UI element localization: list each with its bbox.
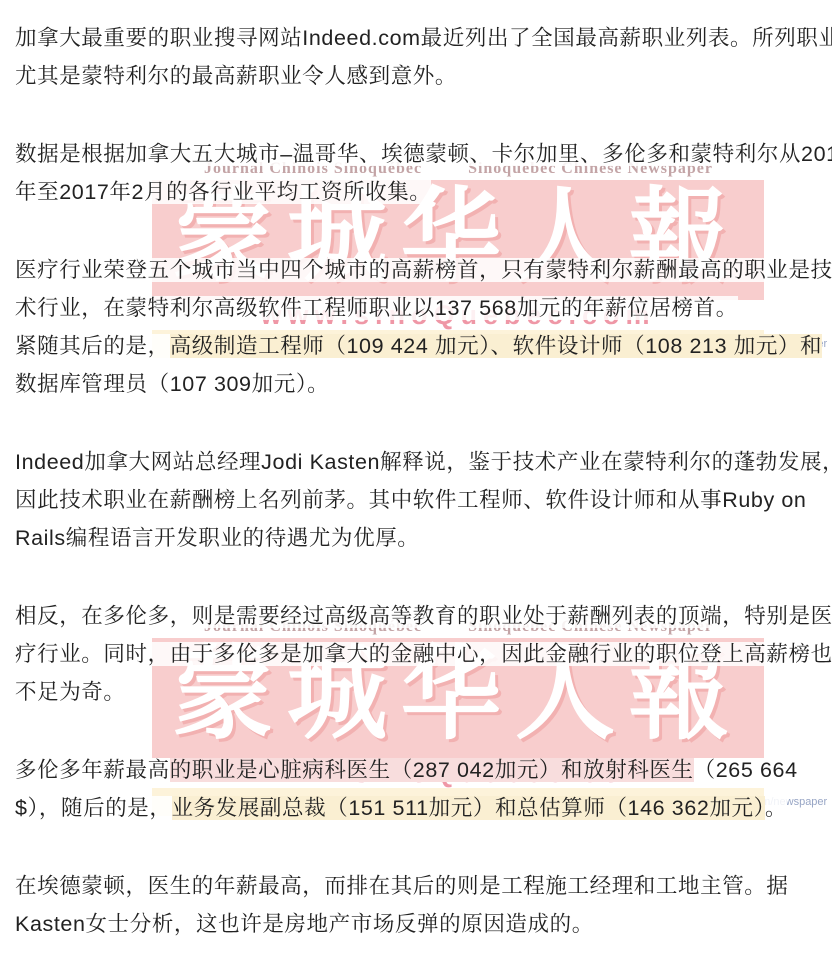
text-segment: （265 664 [694,758,798,782]
text-line: 疗行业。同时，由于多伦多是加拿大的金融中心，因此金融行业的职位登上高薪榜也 [15,635,817,673]
text-line: 年至2017年2月的各行业平均工资所收集。 [15,173,817,211]
text-segment: 的职业是心脏病科医生（287 042加元）和放射科医生 [170,758,694,782]
text-line: 多伦多年薪最高的职业是心脏病科医生（287 042加元）和放射科医生（265 6… [15,751,817,789]
text-line: Indeed加拿大网站总经理Jodi Kasten解释说，鉴于技术产业在蒙特利尔… [15,443,817,481]
paragraph-2: 数据是根据加拿大五大城市–温哥华、埃德蒙顿、卡尔加里、多伦多和蒙特利尔从2015… [15,135,817,211]
paragraph-1: 加拿大最重要的职业搜寻网站Indeed.com最近列出了全国最高薪职业列表。所列… [15,19,817,95]
text-segment: 年至2017年2月的各行业平均工资所收集。 [15,180,431,204]
paragraph-5: 相反，在多伦多，则是需要经过高级高等教育的职业处于薪酬列表的顶端，特别是医疗行业… [15,597,817,711]
text-segment: 数据库管理员（107 309加元）。 [15,372,329,396]
text-segment: 疗行业。同时，由于多伦多是加拿大的金融中心，因此金融行业的职位登上高薪榜也 [15,642,832,666]
text-segment: $），随后的是， [15,796,172,820]
text-segment: 因此技术职业在薪酬榜上名列前茅。其中软件工程师、软件设计师和从事Ruby on [15,488,806,512]
text-segment: Rails编程语言开发职业的待遇尤为优厚。 [15,526,419,550]
article-page: Journal Chinois Sinoquébec Sinoquebec Ch… [0,0,832,968]
paragraph-6: 多伦多年薪最高的职业是心脏病科医生（287 042加元）和放射科医生（265 6… [15,751,817,827]
text-line: 术行业，在蒙特利尔高级软件工程师职业以137 568加元的年薪位居榜首。 [15,289,817,327]
text-line: $），随后的是，业务发展副总裁（151 511加元）和总估算师（146 362加… [15,789,817,827]
paragraph-4: Indeed加拿大网站总经理Jodi Kasten解释说，鉴于技术产业在蒙特利尔… [15,443,817,557]
text-line: Kasten女士分析，这也许是房地产市场反弹的原因造成的。 [15,905,817,943]
text-segment: 紧随其后的是， [15,334,170,358]
text-segment: 数据是根据加拿大五大城市–温哥华、埃德蒙顿、卡尔加里、多伦多和蒙特利尔从2015 [15,142,832,166]
text-segment: 相反，在多伦多，则是需要经过高级高等教育的职业处于薪酬列表的顶端，特别是医 [15,604,832,628]
text-segment: 业务发展副总裁（151 511加元）和总估算师（146 362加元） [172,796,766,820]
text-segment: 不足为奇。 [15,680,126,704]
text-segment: 术行业，在蒙特利尔高级软件工程师职业以137 568加元的年薪位居榜首。 [15,296,738,320]
text-segment: 高级制造工程师（109 424 加元）、软件设计师（108 213 加元）和 [170,334,822,358]
paragraph-7: 在埃德蒙顿，医生的年薪最高，而排在其后的则是工程施工经理和工地主管。据Kaste… [15,867,817,943]
text-line: 加拿大最重要的职业搜寻网站Indeed.com最近列出了全国最高薪职业列表。所列… [15,19,817,57]
text-line: 紧随其后的是，高级制造工程师（109 424 加元）、软件设计师（108 213… [15,327,817,365]
text-line: 相反，在多伦多，则是需要经过高级高等教育的职业处于薪酬列表的顶端，特别是医 [15,597,817,635]
text-segment: 医疗行业荣登五个城市当中四个城市的高薪榜首，只有蒙特利尔薪酬最高的职业是技 [15,258,832,282]
text-segment: 在埃德蒙顿，医生的年薪最高，而排在其后的则是工程施工经理和工地主管。据 [15,874,789,898]
text-line: 因此技术职业在薪酬榜上名列前茅。其中软件工程师、软件设计师和从事Ruby on [15,481,817,519]
text-line: 数据库管理员（107 309加元）。 [15,365,817,403]
text-line: 在埃德蒙顿，医生的年薪最高，而排在其后的则是工程施工经理和工地主管。据 [15,867,817,905]
text-line: Rails编程语言开发职业的待遇尤为优厚。 [15,519,817,557]
text-line: 数据是根据加拿大五大城市–温哥华、埃德蒙顿、卡尔加里、多伦多和蒙特利尔从2015 [15,135,817,173]
text-line: 医疗行业荣登五个城市当中四个城市的高薪榜首，只有蒙特利尔薪酬最高的职业是技 [15,251,817,289]
text-line: 不足为奇。 [15,673,817,711]
text-segment: Kasten女士分析，这也许是房地产市场反弹的原因造成的。 [15,912,594,936]
text-segment: 多伦多年薪最高 [15,758,170,782]
paragraph-3: 医疗行业荣登五个城市当中四个城市的高薪榜首，只有蒙特利尔薪酬最高的职业是技术行业… [15,251,817,403]
text-segment: 加拿大最重要的职业搜寻网站Indeed.com最近列出了全国最高薪职业列表。所列… [15,26,832,50]
text-segment: Indeed加拿大网站总经理Jodi Kasten解释说，鉴于技术产业在蒙特利尔… [15,450,832,474]
text-line: 尤其是蒙特利尔的最高薪职业令人感到意外。 [15,57,817,95]
article-body: 加拿大最重要的职业搜寻网站Indeed.com最近列出了全国最高薪职业列表。所列… [0,0,832,943]
text-segment: 尤其是蒙特利尔的最高薪职业令人感到意外。 [15,64,457,88]
text-segment: 。 [765,796,787,820]
